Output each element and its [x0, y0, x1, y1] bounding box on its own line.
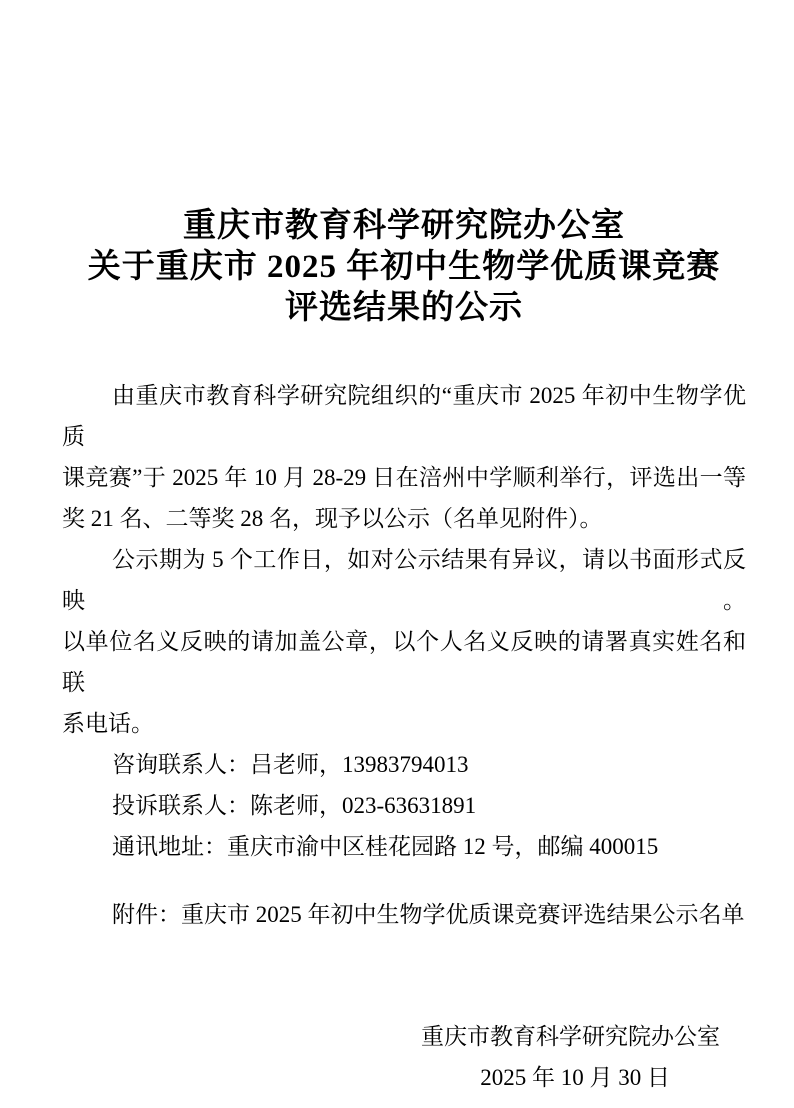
contact-complaint-line: 投诉联系人：陈老师，023-63631891 — [62, 785, 746, 826]
attachment-line: 附件：重庆市 2025 年初中生物学优质课竞赛评选结果公示名单 — [62, 894, 746, 935]
signature-block: 重庆市教育科学研究院办公室 2025 年 10 月 30 日 — [62, 1016, 746, 1098]
title-line-3: 评选结果的公示 — [62, 288, 746, 329]
paragraph-publicity-period: 公示期为 5 个工作日，如对公示结果有异议，请以书面形式反映。 以单位名义反映的… — [62, 539, 746, 744]
title-line-2: 关于重庆市 2025 年初中生物学优质课竞赛 — [62, 247, 746, 288]
text-line: 以单位名义反映的请加盖公章，以个人名义反映的请署真实姓名和联 — [62, 621, 746, 703]
title-line-1: 重庆市教育科学研究院办公室 — [62, 206, 746, 247]
text-line: 由重庆市教育科学研究院组织的“重庆市 2025 年初中生物学优质 — [62, 375, 746, 457]
document-body: 由重庆市教育科学研究院组织的“重庆市 2025 年初中生物学优质 课竞赛”于 2… — [62, 375, 746, 1098]
signature-organization: 重庆市教育科学研究院办公室 — [62, 1016, 746, 1057]
contact-consult-line: 咨询联系人：吕老师，13983794013 — [62, 744, 746, 785]
text-line: 公示期为 5 个工作日，如对公示结果有异议，请以书面形式反映。 — [62, 539, 746, 621]
paragraph-event-summary: 由重庆市教育科学研究院组织的“重庆市 2025 年初中生物学优质 课竞赛”于 2… — [62, 375, 746, 539]
contact-block: 咨询联系人：吕老师，13983794013 投诉联系人：陈老师，023-6363… — [62, 744, 746, 867]
text-line: 课竞赛”于 2025 年 10 月 28-29 日在涪州中学顺利举行，评选出一等 — [62, 457, 746, 498]
text-line: 系电话。 — [62, 703, 746, 744]
document-title: 重庆市教育科学研究院办公室 关于重庆市 2025 年初中生物学优质课竞赛 评选结… — [62, 206, 746, 329]
contact-address-line: 通讯地址：重庆市渝中区桂花园路 12 号，邮编 400015 — [62, 826, 746, 867]
document-page: 重庆市教育科学研究院办公室 关于重庆市 2025 年初中生物学优质课竞赛 评选结… — [0, 0, 794, 1108]
signature-date: 2025 年 10 月 30 日 — [62, 1057, 746, 1098]
text-line: 奖 21 名、二等奖 28 名，现予以公示（名单见附件）。 — [62, 498, 746, 539]
